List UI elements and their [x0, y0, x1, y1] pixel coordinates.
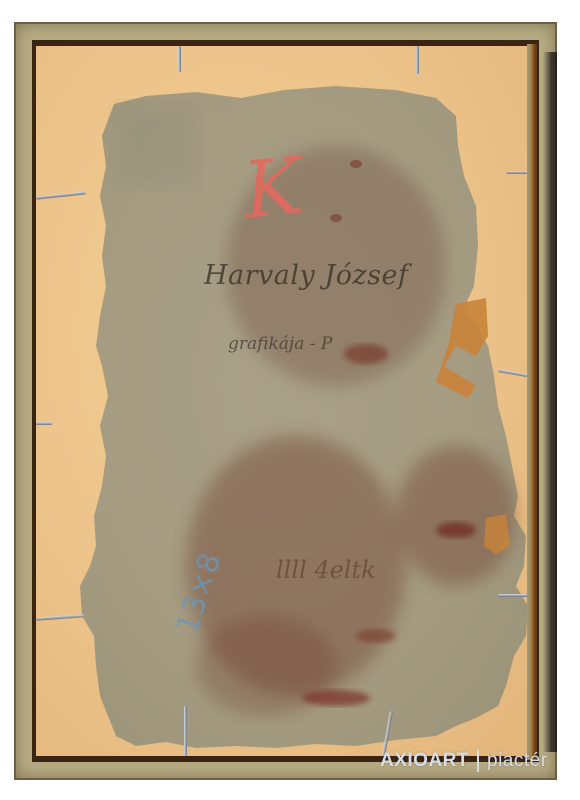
frame-shadow-edge — [543, 52, 557, 752]
watermark: AXIOART piactér — [380, 750, 548, 772]
picture-frame: K Harvaly József grafikája - P 13×8 llll… — [14, 22, 557, 780]
watermark-sub: piactér — [487, 750, 548, 772]
pencil-inscription-line: grafikája - P — [228, 334, 332, 354]
watermark-separator — [477, 750, 479, 772]
watermark-brand: AXIOART — [380, 750, 469, 772]
backing-board: K Harvaly József grafikája - P 13×8 llll… — [36, 46, 530, 756]
nail-icon — [178, 46, 181, 72]
nail-icon — [416, 46, 419, 74]
faint-scribble: llll 4eltk — [276, 556, 376, 584]
pencil-signature: Harvaly József — [204, 260, 409, 291]
nail-icon — [184, 706, 187, 756]
red-pencil-letter: K — [239, 141, 306, 237]
nail-icon — [498, 594, 530, 597]
frame-inner-rail — [527, 44, 537, 760]
nail-icon — [36, 422, 52, 425]
